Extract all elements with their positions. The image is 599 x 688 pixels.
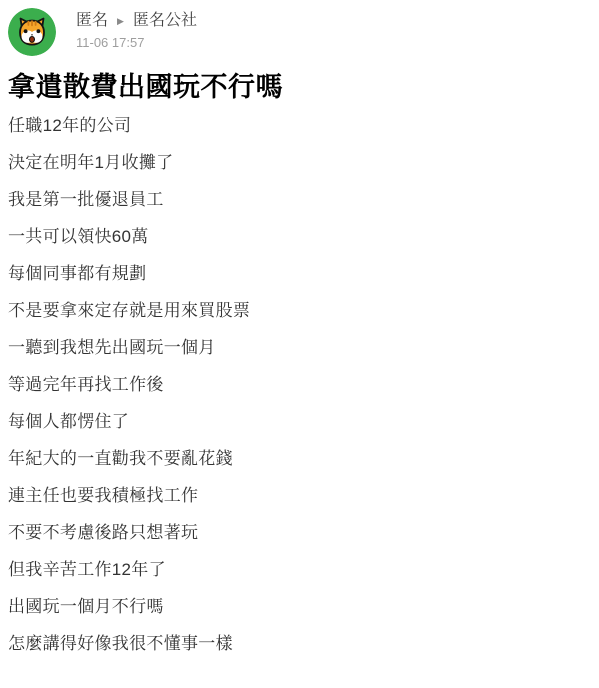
post-line: 等過完年再找工作後	[8, 375, 591, 394]
breadcrumb-arrow-icon: ▶	[117, 11, 124, 31]
post-line: 任職12年的公司	[8, 116, 591, 135]
post-line: 怎麼講得好像我很不懂事一樣	[8, 634, 591, 653]
post-page: 匿名 ▶ 匿名公社 11-06 17:57 拿遣散費出國玩不行嗎 任職12年的公…	[0, 0, 599, 688]
cat-face-icon	[8, 8, 56, 56]
post-line: 不要不考慮後路只想著玩	[8, 523, 591, 542]
post-line: 每個同事都有規劃	[8, 264, 591, 283]
post-line: 每個人都愣住了	[8, 412, 591, 431]
post-line: 連主任也要我積極找工作	[8, 486, 591, 505]
author-name[interactable]: 匿名	[76, 11, 108, 31]
post-line: 我是第一批優退員工	[8, 190, 591, 209]
timestamp: 11-06 17:57	[76, 35, 197, 51]
board-name[interactable]: 匿名公社	[133, 11, 197, 31]
post-line: 一共可以領快60萬	[8, 227, 591, 246]
avatar[interactable]	[8, 8, 56, 56]
post-line: 出國玩一個月不行嗎	[8, 597, 591, 616]
post-line: 但我辛苦工作12年了	[8, 560, 591, 579]
post-line: 決定在明年1月收攤了	[8, 153, 591, 172]
post-meta: 匿名 ▶ 匿名公社 11-06 17:57	[76, 8, 197, 51]
post-header: 匿名 ▶ 匿名公社 11-06 17:57	[0, 0, 599, 56]
post-body: 任職12年的公司 決定在明年1月收攤了 我是第一批優退員工 一共可以領快60萬 …	[8, 116, 591, 653]
post-line: 一聽到我想先出國玩一個月	[8, 338, 591, 357]
post-title: 拿遣散費出國玩不行嗎	[8, 70, 591, 104]
byline: 匿名 ▶ 匿名公社	[76, 11, 197, 31]
post-line: 不是要拿來定存就是用來買股票	[8, 301, 591, 320]
post-line: 年紀大的一直勸我不要亂花錢	[8, 449, 591, 468]
